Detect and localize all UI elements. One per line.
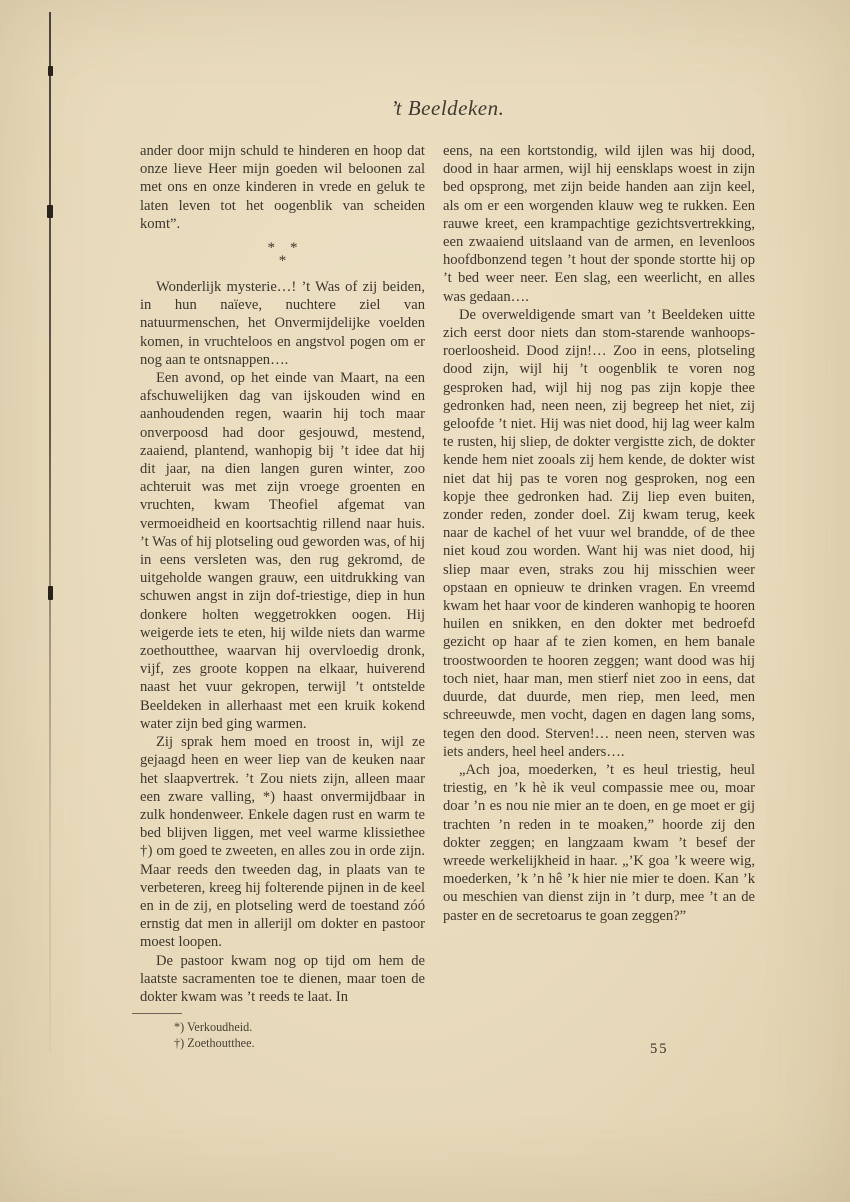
page-title: ’t Beeldeken. [140, 96, 755, 121]
footnote-rule [132, 1013, 182, 1014]
footnotes-block: *) Verkoudheid. †) Zoethoutthee. [140, 1013, 425, 1051]
section-divider: * * * [140, 242, 425, 268]
paragraph: De overweldigende smart van ’t Beeldeken… [443, 306, 755, 761]
paragraph: ander door mijn schuld te hinderen en ho… [140, 142, 425, 233]
paragraph: De pastoor kwam nog op tijd om hem de la… [140, 952, 425, 1007]
footnote: *) Verkoudheid. [140, 1020, 425, 1036]
right-column: eens, na een kortstondig, wild ijlen was… [443, 142, 755, 1051]
ink-blob [48, 66, 53, 76]
page-number: 55 [650, 1041, 669, 1058]
ink-blob [47, 205, 53, 218]
book-page: ’t Beeldeken. ander door mijn schuld te … [0, 0, 850, 1202]
paragraph: eens, na een kortstondig, wild ijlen was… [443, 142, 755, 306]
binding-crease [49, 12, 51, 1052]
paragraph: Een avond, op het einde van Maart, na ee… [140, 369, 425, 733]
divider-asterisk-bottom: * [140, 255, 425, 268]
paragraph: Zij sprak hem moed en troost in, wijl ze… [140, 733, 425, 951]
paragraph: Wonderlijk mysterie…! ’t Was of zij beid… [140, 278, 425, 369]
footnote: †) Zoethoutthee. [140, 1036, 425, 1052]
left-column: ander door mijn schuld te hinderen en ho… [140, 142, 425, 1051]
ink-blob [48, 586, 53, 600]
text-columns: ander door mijn schuld te hinderen en ho… [140, 142, 755, 1051]
paragraph: „Ach joa, moederken, ’t es heul triestig… [443, 761, 755, 925]
